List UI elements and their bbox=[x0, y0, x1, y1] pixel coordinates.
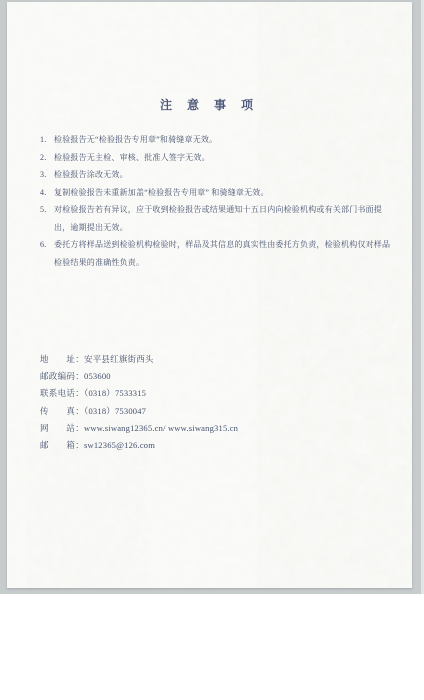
document-page: 注 意 事 项 1. 检验报告无“检验报告专用章”和骑缝章无效。 2. 检验报告… bbox=[7, 2, 412, 588]
contact-line-postcode: 邮政编码：053600 bbox=[40, 368, 380, 385]
notice-item-1: 1. 检验报告无“检验报告专用章”和骑缝章无效。 bbox=[7, 131, 394, 149]
contact-line-fax: 传 真：（0318）7530047 bbox=[40, 403, 380, 420]
contact-block: 地 址：安平县红旗街西头 邮政编码：053600 联系电话：（0318）7533… bbox=[40, 351, 380, 454]
notice-number: 4. bbox=[40, 184, 46, 202]
notice-number: 6. bbox=[40, 236, 46, 254]
notice-text: 检验报告无“检验报告专用章”和骑缝章无效。 bbox=[54, 135, 217, 144]
contact-value: 安平县红旗街西头 bbox=[84, 354, 154, 364]
contact-value: www.siwang12365.cn/ www.siwang315.cn bbox=[84, 423, 238, 433]
notice-number: 5. bbox=[40, 201, 46, 219]
page-title: 注 意 事 项 bbox=[7, 96, 412, 113]
contact-value: 053600 bbox=[84, 371, 111, 381]
notice-list: 1. 检验报告无“检验报告专用章”和骑缝章无效。 2. 检验报告无主检、审核、批… bbox=[7, 131, 394, 271]
contact-line-phone: 联系电话：（0318）7533315 bbox=[40, 385, 380, 402]
contact-line-email: 邮 箱：sw12365@126.com bbox=[40, 437, 380, 454]
notice-item-2: 2. 检验报告无主检、审核、批准人签字无效。 bbox=[7, 149, 394, 167]
scanner-background: 注 意 事 项 1. 检验报告无“检验报告专用章”和骑缝章无效。 2. 检验报告… bbox=[0, 0, 424, 594]
contact-value: （0318）7530047 bbox=[84, 406, 146, 416]
paper-texture bbox=[7, 2, 412, 588]
contact-label: 联系电话： bbox=[40, 388, 84, 398]
notice-item-5: 5. 对检验报告若有异议，应于收到检验报告或结果通知十五日内向检验机构或有关部门… bbox=[7, 201, 394, 236]
contact-line-website: 网 站：www.siwang12365.cn/ www.siwang315.cn bbox=[40, 420, 380, 437]
contact-label: 传 真： bbox=[40, 406, 84, 416]
contact-label: 邮政编码： bbox=[40, 371, 84, 381]
notice-item-6: 6. 委托方将样品送到检验机构检验时，样品及其信息的真实性由委托方负责，检验机构… bbox=[7, 236, 394, 271]
notice-item-3: 3. 检验报告涂改无效。 bbox=[7, 166, 394, 184]
notice-number: 2. bbox=[40, 149, 46, 167]
notice-text: 对检验报告若有异议，应于收到检验报告或结果通知十五日内向检验机构或有关部门书面提… bbox=[54, 205, 382, 232]
contact-label: 邮 箱： bbox=[40, 440, 84, 450]
notice-text: 检验报告涂改无效。 bbox=[54, 170, 128, 179]
notice-text: 委托方将样品送到检验机构检验时，样品及其信息的真实性由委托方负责，检验机构仅对样… bbox=[54, 240, 390, 267]
notice-number: 1. bbox=[40, 131, 46, 149]
contact-label: 网 站： bbox=[40, 423, 84, 433]
notice-number: 3. bbox=[40, 166, 46, 184]
notice-text: 检验报告无主检、审核、批准人签字无效。 bbox=[54, 153, 210, 162]
contact-value: （0318）7533315 bbox=[84, 388, 146, 398]
contact-label: 地 址： bbox=[40, 354, 84, 364]
contact-value: sw12365@126.com bbox=[84, 440, 155, 450]
notice-item-4: 4. 复制检验报告未重新加盖“检验报告专用章” 和骑缝章无效。 bbox=[7, 184, 394, 202]
contact-line-address: 地 址：安平县红旗街西头 bbox=[40, 351, 380, 368]
notice-text: 复制检验报告未重新加盖“检验报告专用章” 和骑缝章无效。 bbox=[54, 188, 269, 197]
